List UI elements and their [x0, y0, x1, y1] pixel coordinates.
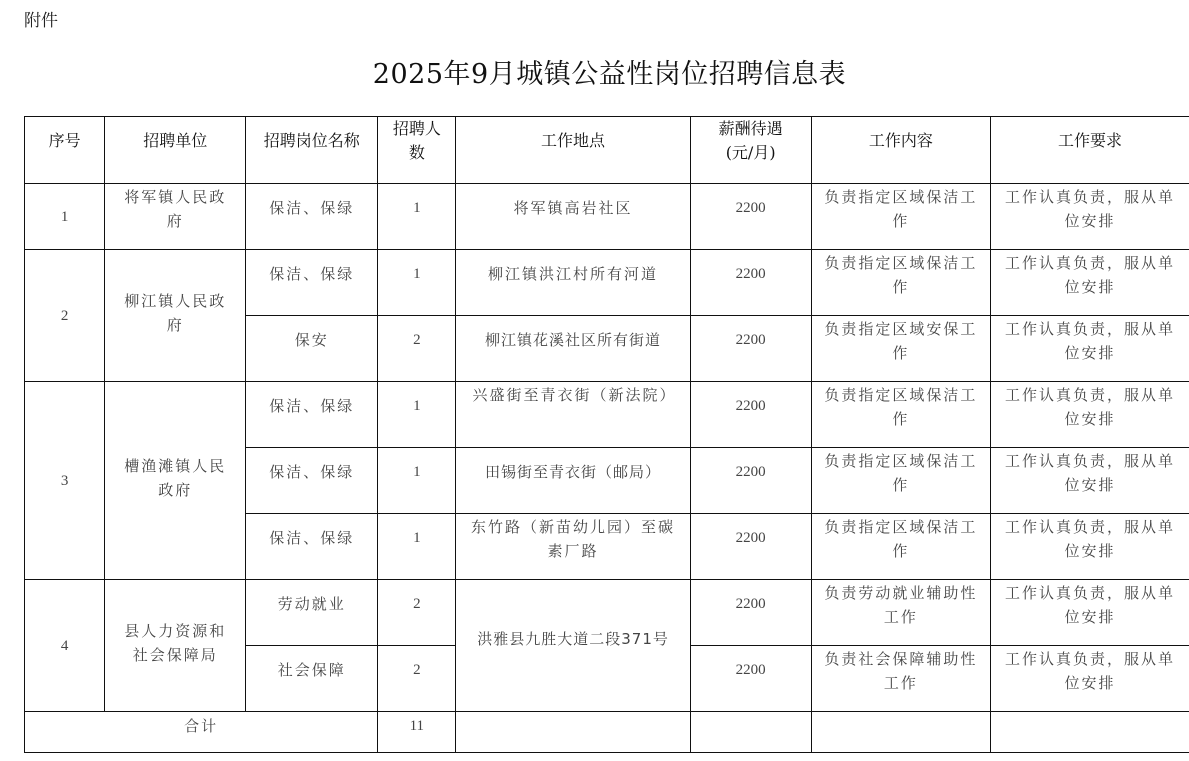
row-position: 保洁、保绿 [246, 184, 378, 250]
row-salary: 2200 [690, 514, 811, 580]
row-employer: 县人力资源和社会保障局 [105, 580, 246, 712]
total-row: 合计 11 [25, 712, 1189, 753]
row-location: 东竹路（新苗幼儿园）至碳素厂路 [456, 514, 690, 580]
row-requirements: 工作认真负责，服从单位安排 [991, 250, 1189, 316]
row-index: 2 [25, 250, 105, 382]
row-headcount: 1 [378, 250, 456, 316]
row-location: 将军镇高岩社区 [456, 184, 690, 250]
row-headcount: 2 [378, 580, 456, 646]
row-salary: 2200 [690, 316, 811, 382]
header-location: 工作地点 [456, 117, 690, 184]
total-duties-empty [811, 712, 990, 753]
row-location: 兴盛街至青衣街（新法院） [456, 382, 690, 448]
row-headcount: 2 [378, 646, 456, 712]
row-requirements: 工作认真负责，服从单位安排 [991, 382, 1189, 448]
total-location-empty [456, 712, 690, 753]
row-index: 1 [25, 184, 105, 250]
recruitment-table: 序号 招聘单位 招聘岗位名称 招聘人数 工作地点 薪酬待遇(元/月) 工作内容 … [24, 116, 1189, 753]
header-duties: 工作内容 [811, 117, 990, 184]
row-salary: 2200 [690, 250, 811, 316]
total-requirements-empty [991, 712, 1189, 753]
row-location: 田锡街至青衣街（邮局） [456, 448, 690, 514]
row-employer: 槽渔滩镇人民政府 [105, 382, 246, 580]
row-location: 洪雅县九胜大道二段371号 [456, 580, 690, 712]
total-headcount: 11 [378, 712, 456, 753]
total-label: 合计 [25, 712, 378, 753]
table-row: 1 将军镇人民政府 保洁、保绿 1 将军镇高岩社区 2200 负责指定区域保洁工… [25, 184, 1189, 250]
header-requirements: 工作要求 [991, 117, 1189, 184]
row-location: 柳江镇洪江村所有河道 [456, 250, 690, 316]
table-row: 2 柳江镇人民政府 保洁、保绿 1 柳江镇洪江村所有河道 2200 负责指定区域… [25, 250, 1189, 316]
row-requirements: 工作认真负责，服从单位安排 [991, 316, 1189, 382]
row-requirements: 工作认真负责，服从单位安排 [991, 184, 1189, 250]
row-position: 保洁、保绿 [246, 250, 378, 316]
row-requirements: 工作认真负责，服从单位安排 [991, 580, 1189, 646]
header-index: 序号 [25, 117, 105, 184]
attachment-label: 附件 [24, 6, 58, 31]
row-duties: 负责指定区域保洁工作 [811, 448, 990, 514]
table-row: 3 槽渔滩镇人民政府 保洁、保绿 1 兴盛街至青衣街（新法院） 2200 负责指… [25, 382, 1189, 448]
row-position: 社会保障 [246, 646, 378, 712]
header-employer: 招聘单位 [105, 117, 246, 184]
row-employer: 柳江镇人民政府 [105, 250, 246, 382]
row-employer: 将军镇人民政府 [105, 184, 246, 250]
row-position: 保安 [246, 316, 378, 382]
row-headcount: 2 [378, 316, 456, 382]
row-duties: 负责指定区域保洁工作 [811, 184, 990, 250]
row-location: 柳江镇花溪社区所有街道 [456, 316, 690, 382]
row-position: 保洁、保绿 [246, 382, 378, 448]
header-headcount: 招聘人数 [378, 117, 456, 184]
row-salary: 2200 [690, 382, 811, 448]
row-index: 4 [25, 580, 105, 712]
row-headcount: 1 [378, 382, 456, 448]
row-duties: 负责劳动就业辅助性工作 [811, 580, 990, 646]
row-salary: 2200 [690, 448, 811, 514]
header-position: 招聘岗位名称 [246, 117, 378, 184]
row-duties: 负责指定区域保洁工作 [811, 514, 990, 580]
row-duties: 负责指定区域保洁工作 [811, 382, 990, 448]
row-requirements: 工作认真负责，服从单位安排 [991, 514, 1189, 580]
row-salary: 2200 [690, 184, 811, 250]
total-salary-empty [690, 712, 811, 753]
row-headcount: 1 [378, 514, 456, 580]
row-headcount: 1 [378, 184, 456, 250]
document-title: 2025年9月城镇公益性岗位招聘信息表 [0, 52, 1189, 91]
row-salary: 2200 [690, 646, 811, 712]
row-headcount: 1 [378, 448, 456, 514]
row-duties: 负责指定区域保洁工作 [811, 250, 990, 316]
row-position: 保洁、保绿 [246, 514, 378, 580]
row-duties: 负责社会保障辅助性工作 [811, 646, 990, 712]
table-header-row: 序号 招聘单位 招聘岗位名称 招聘人数 工作地点 薪酬待遇(元/月) 工作内容 … [25, 117, 1189, 184]
row-requirements: 工作认真负责，服从单位安排 [991, 646, 1189, 712]
row-requirements: 工作认真负责，服从单位安排 [991, 448, 1189, 514]
row-position: 劳动就业 [246, 580, 378, 646]
row-duties: 负责指定区域安保工作 [811, 316, 990, 382]
row-position: 保洁、保绿 [246, 448, 378, 514]
table-row: 4 县人力资源和社会保障局 劳动就业 2 洪雅县九胜大道二段371号 2200 … [25, 580, 1189, 646]
row-salary: 2200 [690, 580, 811, 646]
row-index: 3 [25, 382, 105, 580]
header-salary: 薪酬待遇(元/月) [690, 117, 811, 184]
